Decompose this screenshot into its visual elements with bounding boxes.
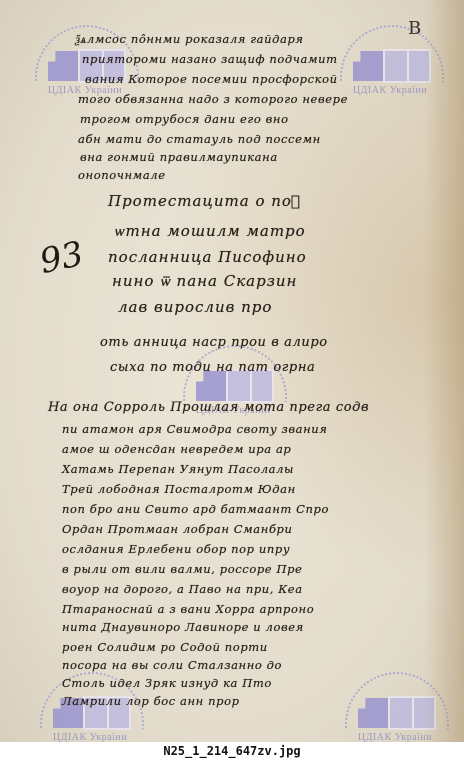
text-line: поп бро ани Свито ард батмаант Спро	[62, 502, 329, 516]
text-line: того обвязанна надо з которого невере	[78, 92, 348, 106]
heading-line: нино ѿ пана Скарзин	[112, 272, 297, 291]
heading-line: посланница Писофино	[108, 248, 307, 266]
text-line: роен Солидим ро Содой порти	[62, 640, 268, 654]
folio-number: 93	[36, 234, 87, 282]
text-line: На она Сорроль Прошлая мота прега содв	[48, 400, 369, 415]
text-line: Птараноснай а з вани Хорра арпроно	[62, 602, 314, 616]
intro-line: сыха по тоди на пат огрна	[110, 360, 315, 375]
text-line: абн мати до статауль под поссемн	[78, 132, 321, 146]
text-line: воуор на дорого, а Паво на при, Кеа	[62, 582, 303, 596]
text-line: пи атамон аря Свимодра своту звания	[62, 422, 328, 436]
text-line: посора на вы соли Сталзанно до	[62, 658, 282, 672]
text-line: ослдания Ерлебени обор пор ипру	[62, 542, 290, 556]
text-line: Трей лободная Посталротм Юдан	[62, 482, 296, 496]
heading-line: лав вирослив про	[118, 298, 272, 316]
intro-line: оть анница наср прои в алиро	[100, 335, 328, 350]
text-line: нита Днаувиноро Лавиноре и ловея	[62, 620, 304, 634]
document-scan: ЦДІАК України ЦДІАК України ЦДІАК Україн…	[0, 0, 464, 742]
heading-line: Протестацита о поᷠ	[108, 192, 301, 210]
text-line: трогом отрубося дани его вно	[80, 112, 289, 126]
text-line: амое ш оденсдан невредем ира ар	[62, 442, 291, 456]
text-line: Хатамь Перепан Уянут Пасолалы	[62, 462, 294, 476]
text-line: вания Которое посемии просфорской	[85, 72, 338, 86]
text-line: ѯѧлмсос по̂ннми роказаля гайдаря	[75, 32, 304, 46]
handwritten-text: В ѯѧлмсос по̂ннми роказаля гайдаря прият…	[0, 0, 464, 742]
text-line: онопочнмале	[78, 168, 166, 182]
image-filename-caption: N25_1_214_647zv.jpg	[0, 744, 464, 758]
text-line: приятороми назано защиф подчамит	[82, 52, 338, 66]
heading-line: ѡтна мошилм матро	[115, 222, 306, 241]
text-line: вна гонмий правилмаупикана	[80, 150, 278, 164]
text-line: Столь идел Зряк изнуд ка Пто	[62, 676, 272, 690]
text-line: Ламрили лор бос анн прор	[62, 694, 240, 708]
text-line: в рыли от вили валми, россоре Пре	[62, 562, 302, 576]
corner-mark: В	[408, 18, 421, 39]
text-line: Ордан Протмаан лобран Сманбри	[62, 522, 293, 536]
